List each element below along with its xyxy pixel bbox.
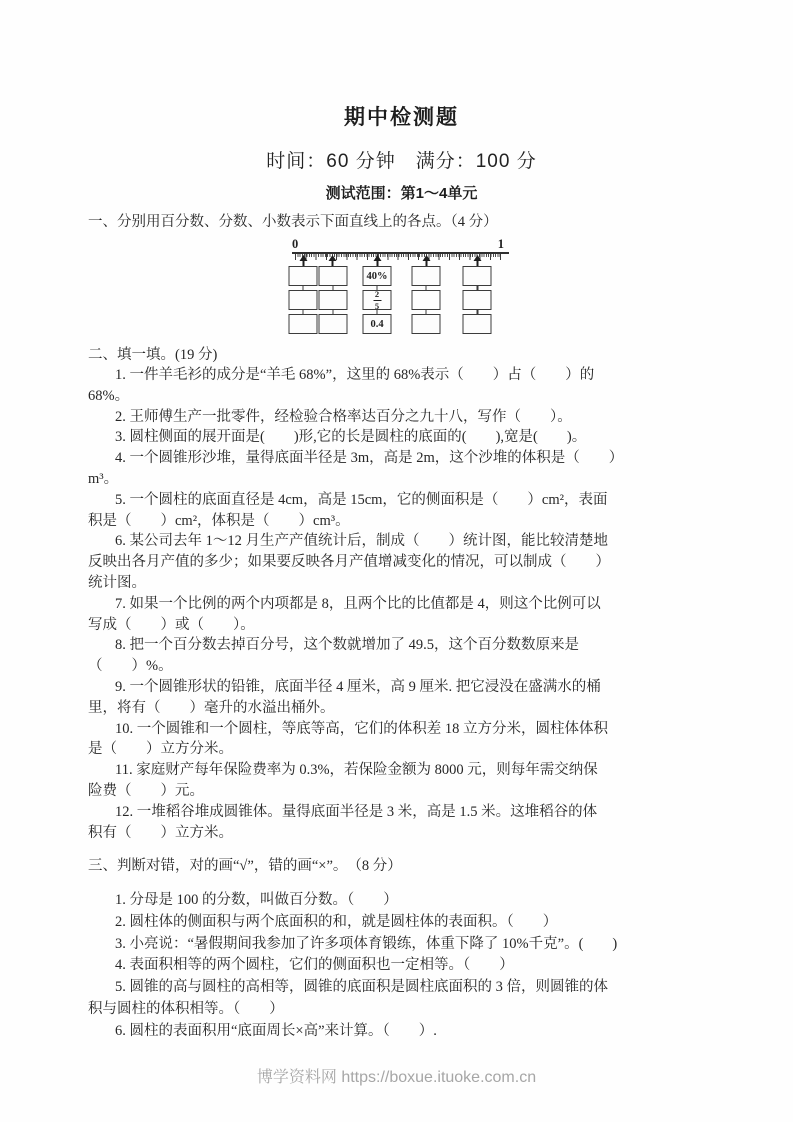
answer-column-2	[318, 255, 347, 334]
fraction-numerator: 2	[375, 290, 379, 299]
answer-box-fraction	[289, 290, 318, 310]
answer-box-decimal-filled: 0.4	[363, 314, 392, 334]
fraction-two-fifths: 2 5	[373, 290, 381, 310]
fraction-denominator: 5	[375, 302, 379, 311]
answer-box-decimal	[463, 314, 492, 334]
answer-column-4	[412, 255, 441, 334]
question-line: 12. 一堆稻谷堆成圆锥体。量得底面半径是 3 米，高是 1.5 米。这堆稻谷的…	[88, 802, 715, 823]
question-line: 11. 家庭财产每年保险费率为 0.3%，若保险金额为 8000 元，则每年需交…	[88, 760, 715, 781]
question-line: 6. 圆柱的表面积用“底面周长×高”来计算。（ ）.	[88, 1021, 715, 1043]
answer-box-fraction	[318, 290, 347, 310]
answer-column-5	[463, 255, 492, 334]
answer-box-percent	[463, 266, 492, 286]
question-line: 3. 圆柱侧面的展开面是( )形,它的长是圆柱的底面的( ),宽是( )。	[88, 427, 715, 448]
answer-box-percent	[318, 266, 347, 286]
watermark-footer: 博学资料网 https://boxue.ituoke.com.cn	[0, 1064, 793, 1087]
question-line: 反映出各月产值的多少；如果要反映各月产值增减变化的情况，可以制成（ ）	[88, 552, 715, 573]
question-line: 6. 某公司去年 1～12 月生产产值统计后，制成（ ）统计图，能比较清楚地	[88, 531, 715, 552]
question-line: 7. 如果一个比例的两个内项都是 8，且两个比的比值都是 4，则这个比例可以	[88, 594, 715, 615]
question-line: 统计图。	[88, 573, 715, 594]
question-line: 2. 王师傅生产一批零件，经检验合格率达百分之九十八，写作（ ）。	[88, 407, 715, 428]
question-line: 里，将有（ ）毫升的水溢出桶外。	[88, 698, 715, 719]
answer-column-3-example: 40% 2 5 0.4	[363, 255, 392, 334]
question-line: （ ）%。	[88, 656, 715, 677]
question-line: 2. 圆柱体的侧面积与两个底面积的和，就是圆柱体的表面积。（ ）	[88, 912, 715, 934]
question-line: m³。	[88, 469, 715, 490]
time-score-line: 时间：60 分钟 满分：100 分	[88, 146, 715, 173]
answer-box-decimal	[318, 314, 347, 334]
question-line: 9. 一个圆锥形状的铅锥，底面半径 4 厘米，高 9 厘米. 把它浸没在盛满水的…	[88, 677, 715, 698]
question-line: 积有（ ）立方米。	[88, 823, 715, 844]
answer-box-percent	[412, 266, 441, 286]
question-line: 1. 分母是 100 的分数，叫做百分数。（ ）	[88, 890, 715, 912]
answer-box-decimal	[412, 314, 441, 334]
exam-paper-page: 期中检测题 时间：60 分钟 满分：100 分 测试范围：第1～4单元 一、分别…	[0, 0, 793, 1122]
answer-column-1	[289, 255, 318, 334]
question-line: 4. 一个圆锥形沙堆，量得底面半径是 3m，高是 2m，这个沙堆的体积是（ ）	[88, 448, 715, 469]
question-line: 10. 一个圆锥和一个圆柱，等底等高，它们的体积差 18 立方分米，圆柱体体积	[88, 719, 715, 740]
section2-questions: 1. 一件羊毛衫的成分是“羊毛 68%”，这里的 68%表示（ ）占（ ）的 6…	[88, 365, 715, 843]
question-line: 积是（ ）cm²，体积是（ ）cm³。	[88, 511, 715, 532]
question-line: 4. 表面积相等的两个圆柱，它们的侧面积也一定相等。（ ）	[88, 955, 715, 977]
question-line: 险费（ ）元。	[88, 781, 715, 802]
question-line: 1. 一件羊毛衫的成分是“羊毛 68%”，这里的 68%表示（ ）占（ ）的	[88, 365, 715, 386]
question-line: 积与圆柱的体积相等。（ ）	[88, 999, 715, 1021]
section3-questions: 1. 分母是 100 的分数，叫做百分数。（ ） 2. 圆柱体的侧面积与两个底面…	[88, 890, 715, 1042]
section1-heading: 一、分别用百分数、分数、小数表示下面直线上的各点。（4 分）	[88, 212, 715, 232]
question-line: 8. 把一个百分数去掉百分号，这个数就增加了 49.5，这个百分数数原来是	[88, 635, 715, 656]
numberline-columns: 40% 2 5 0.4	[295, 239, 500, 334]
answer-box-fraction-filled: 2 5	[363, 290, 392, 310]
exam-content: 期中检测题 时间：60 分钟 满分：100 分 测试范围：第1～4单元 一、分别…	[88, 0, 715, 1042]
question-line: 68%。	[88, 386, 715, 407]
answer-box-percent-filled: 40%	[363, 266, 392, 286]
answer-box-fraction	[412, 290, 441, 310]
test-scope-line: 测试范围：第1～4单元	[88, 182, 715, 203]
section2-heading: 二、填一填。(19 分)	[88, 345, 715, 365]
answer-box-percent	[289, 266, 318, 286]
footer-site-link[interactable]: 博学资料网 https://boxue.ituoke.com.cn	[257, 1069, 536, 1086]
question-line: 5. 一个圆柱的底面直径是 4cm，高是 15cm，它的侧面积是（ ）cm²，表…	[88, 490, 715, 511]
page-title: 期中检测题	[88, 101, 715, 131]
question-line: 3. 小亮说：“暑假期间我参加了许多项体育锻练，体重下降了 10%千克”。( )	[88, 934, 715, 956]
question-line: 写成（ ）或（ ）。	[88, 615, 715, 636]
section3-heading: 三、判断对错，对的画“√”，错的画“×”。 （8 分）	[88, 856, 715, 876]
answer-box-fraction	[463, 290, 492, 310]
question-line: 5. 圆锥的高与圆柱的高相等，圆锥的底面积是圆柱底面积的 3 倍，则圆锥的体	[88, 977, 715, 999]
answer-box-decimal	[289, 314, 318, 334]
numberline-figure: 0 1	[295, 239, 535, 334]
question-line: 是（ ）立方分米。	[88, 739, 715, 760]
